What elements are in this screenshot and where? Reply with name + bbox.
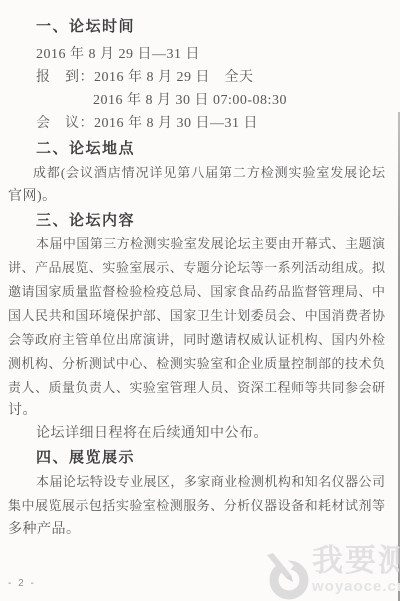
text-line: 本届中国第三方检测实验室发展论坛主要由开幕式、主题演 <box>36 233 385 255</box>
text-line: 责人、质量负责人、实验室管理人员、资深工程师等共同参会研 <box>8 377 385 399</box>
woyaoce-logo-icon <box>266 551 310 601</box>
text-line: 成都(会议酒店情况详见第八届第二方检测实验室发展论坛 <box>33 162 385 184</box>
page-number: - 2 - <box>8 578 36 589</box>
text-line: 本届论坛特设专业展区，多家商业检测机构和知名仪器公司 <box>36 471 385 493</box>
watermark: 我要测 woyaoce.cn <box>266 543 400 601</box>
text-line: 2016 年 8 月 29 日—31 日 <box>36 44 200 66</box>
text-line: 官网)。 <box>8 186 57 208</box>
text-line: 邀请国家质量监督检验检疫总局、国家食品药品监督管理局、中 <box>8 281 385 303</box>
text-line: 论坛详细日程将在后续通知中公布。 <box>36 423 268 445</box>
text-line: 2016 年 8 月 30 日 07:00-08:30 <box>93 90 287 112</box>
text-line: 测机构、分析测试中心、检测实验室和企业质量控制部的技术负 <box>8 353 385 375</box>
scanned-document-page: 一、论坛时间 2016 年 8 月 29 日—31 日 报 到：2016 年 8… <box>0 0 400 601</box>
watermark-text: 我要测 woyaoce.cn <box>312 543 400 594</box>
section-heading-exhibition: 四、展览展示 <box>36 447 135 469</box>
text-line: 多种产品。 <box>8 519 81 541</box>
text-line: 讲、产品展览、实验室展示、专题分论坛等一系列活动组成。拟 <box>8 257 385 279</box>
section-heading-forum-venue: 二、论坛地点 <box>36 138 135 160</box>
section-heading-forum-content: 三、论坛内容 <box>36 210 135 232</box>
text-line: 讨。 <box>8 400 37 422</box>
text-line: 会 议：2016 年 8 月 30 日—31 日 <box>36 113 258 135</box>
text-line: 报 到：2016 年 8 月 29 日 全天 <box>36 67 254 89</box>
section-heading-forum-time: 一、论坛时间 <box>36 16 135 38</box>
text-line: 国人民共和国环境保护部、国家卫生计划委员会、中国消费者协 <box>8 305 385 327</box>
text-line: 集中展览展示包括实验室检测服务、分析仪器设备和耗材试剂等 <box>8 495 385 517</box>
text-line: 会等政府主管单位出席演讲，同时邀请权威认证机构、国内外检 <box>8 329 385 351</box>
watermark-domain-text: woyaoce.cn <box>312 579 400 594</box>
watermark-brand-text: 我要测 <box>312 543 400 579</box>
